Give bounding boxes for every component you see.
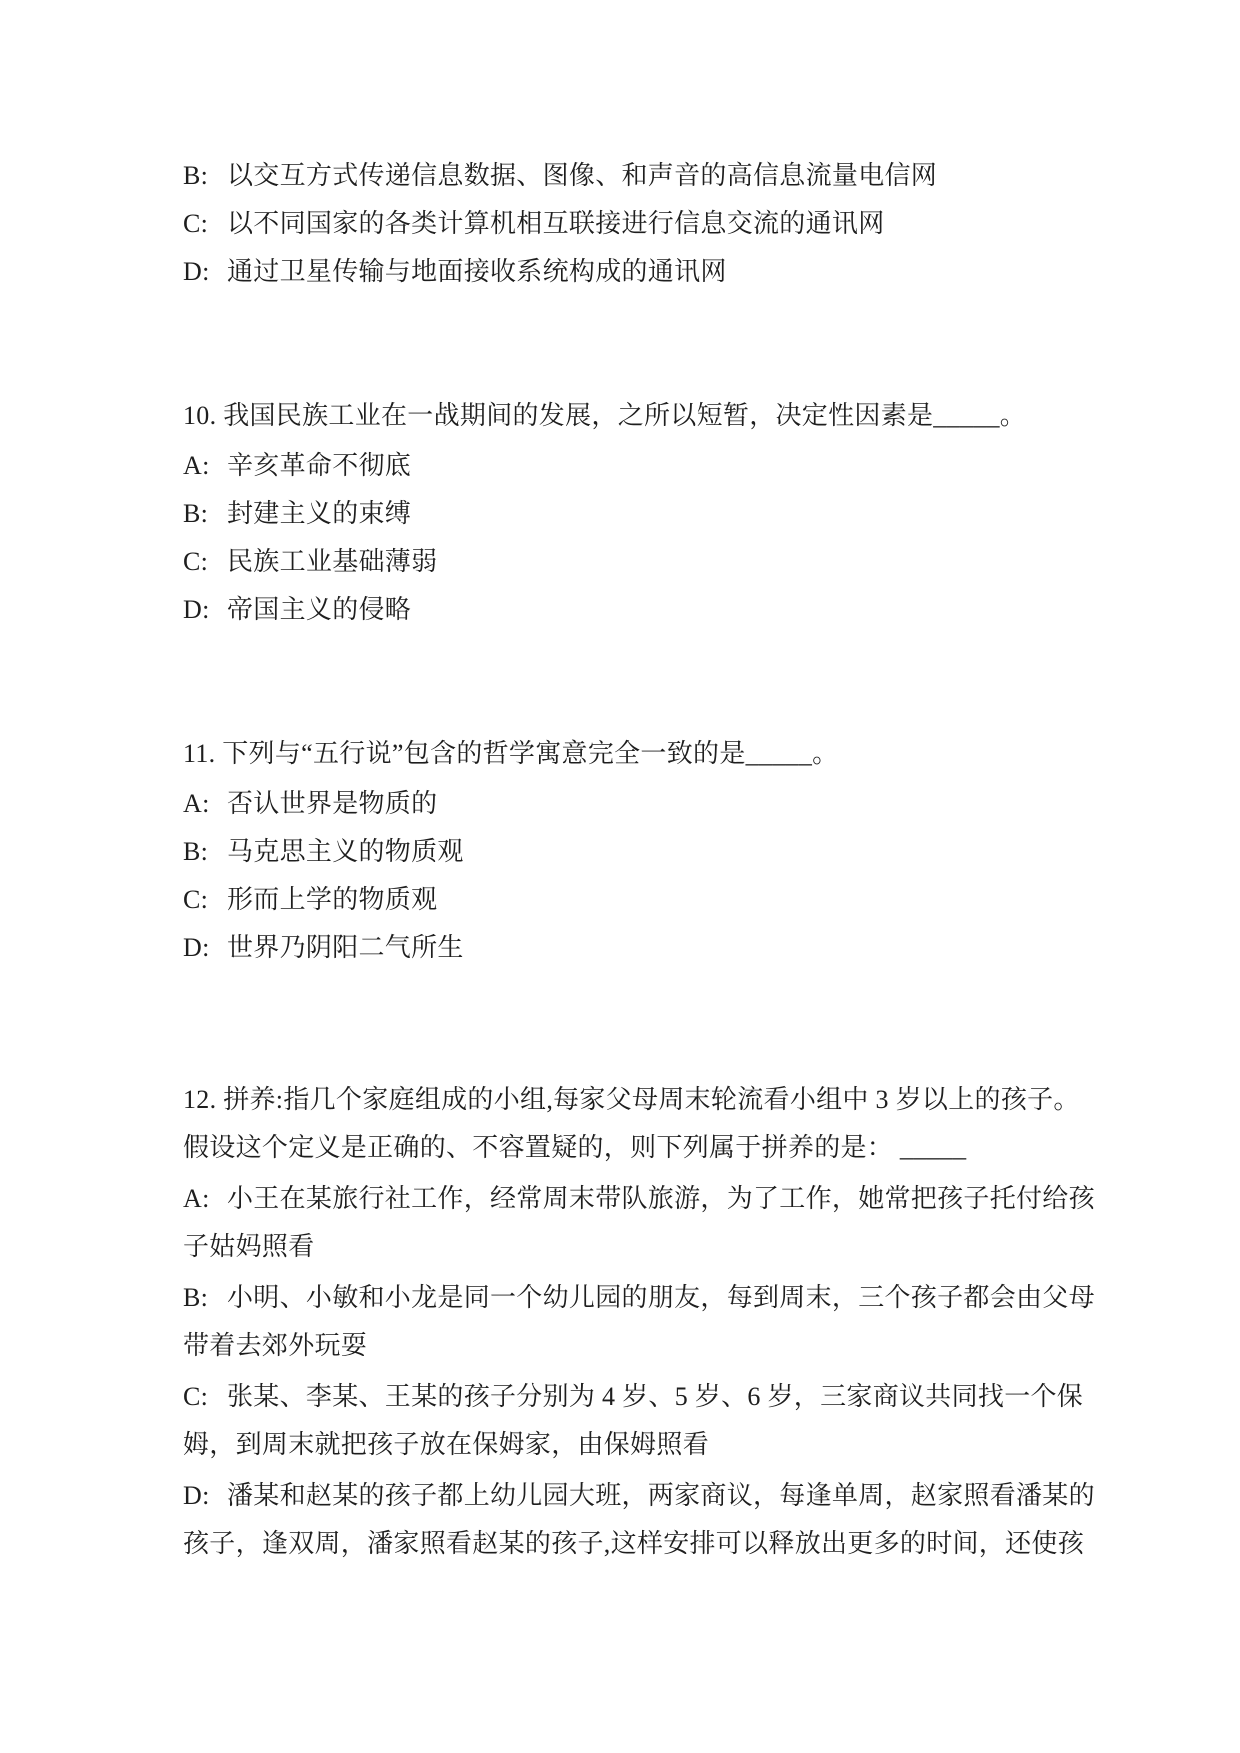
option-line: B:封建主义的束缚 <box>183 490 1053 538</box>
question-10: 10. 我国民族工业在一战期间的发展，之所以短暂，决定性因素是_____。 A:… <box>183 392 1053 634</box>
option-continuation-line: 带着去郊外玩耍 <box>183 1322 1053 1370</box>
option-label: C: <box>183 876 227 924</box>
option-continuation-line: 孩子，逢双周，潘家照看赵某的孩子,这样安排可以释放出更多的时间，还使孩 <box>183 1520 1053 1568</box>
option-text: 马克思主义的物质观 <box>227 837 464 866</box>
option-text: 以交互方式传递信息数据、图像、和声音的高信息流量电信网 <box>227 161 937 190</box>
question-stem-line: 假设这个定义是正确的、不容置疑的，则下列属于拼养的是： _____ <box>183 1124 1053 1172</box>
option-continuation-line: 子姑妈照看 <box>183 1223 1053 1271</box>
option-text: 张某、李某、王某的孩子分别为 4 岁、5 岁、6 岁，三家商议共同找一个保 <box>227 1382 1083 1411</box>
option-line: D:通过卫星传输与地面接收系统构成的通讯网 <box>183 248 1053 296</box>
option-line: D:潘某和赵某的孩子都上幼儿园大班，两家商议，每逢单周，赵家照看潘某的 <box>183 1472 1053 1520</box>
option-text: 潘某和赵某的孩子都上幼儿园大班，两家商议，每逢单周，赵家照看潘某的 <box>227 1481 1095 1510</box>
option-line: D:世界乃阴阳二气所生 <box>183 924 1053 972</box>
option-label: C: <box>183 200 227 248</box>
option-line: A:否认世界是物质的 <box>183 780 1053 828</box>
option-label: B: <box>183 152 227 200</box>
option-text: 子姑妈照看 <box>183 1232 315 1261</box>
question-9-options: B:以交互方式传递信息数据、图像、和声音的高信息流量电信网 C:以不同国家的各类… <box>183 152 1053 296</box>
option-text: 形而上学的物质观 <box>227 885 437 914</box>
option-label: B: <box>183 1274 227 1322</box>
option-continuation-line: 姆，到周末就把孩子放在保姆家，由保姆照看 <box>183 1421 1053 1469</box>
option-label: C: <box>183 1373 227 1421</box>
option-text: 世界乃阴阳二气所生 <box>227 933 464 962</box>
option-label: C: <box>183 538 227 586</box>
question-11: 11. 下列与“五行说”包含的哲学寓意完全一致的是_____。 A:否认世界是物… <box>183 730 1053 972</box>
option-line: A:辛亥革命不彻底 <box>183 442 1053 490</box>
option-line: B:小明、小敏和小龙是同一个幼儿园的朋友，每到周末，三个孩子都会由父母 <box>183 1274 1053 1322</box>
option-line: B:马克思主义的物质观 <box>183 828 1053 876</box>
option-text: 通过卫星传输与地面接收系统构成的通讯网 <box>227 257 727 286</box>
option-label: D: <box>183 924 227 972</box>
option-line: C:张某、李某、王某的孩子分别为 4 岁、5 岁、6 岁，三家商议共同找一个保 <box>183 1373 1053 1421</box>
option-line: C:民族工业基础薄弱 <box>183 538 1053 586</box>
option-label: D: <box>183 1472 227 1520</box>
option-text: 小王在某旅行社工作，经常周末带队旅游，为了工作，她常把孩子托付给孩 <box>227 1184 1095 1213</box>
option-line: A:小王在某旅行社工作，经常周末带队旅游，为了工作，她常把孩子托付给孩 <box>183 1175 1053 1223</box>
option-text: 姆，到周末就把孩子放在保姆家，由保姆照看 <box>183 1430 709 1459</box>
document-content: B:以交互方式传递信息数据、图像、和声音的高信息流量电信网 C:以不同国家的各类… <box>0 0 1133 1568</box>
option-line: B:以交互方式传递信息数据、图像、和声音的高信息流量电信网 <box>183 152 1053 200</box>
option-text: 带着去郊外玩耍 <box>183 1331 367 1360</box>
option-label: D: <box>183 586 227 634</box>
stem-text: 10. 我国民族工业在一战期间的发展，之所以短暂，决定性因素是_____。 <box>183 401 1026 430</box>
stem-text: 11. 下列与“五行说”包含的哲学寓意完全一致的是_____。 <box>183 739 838 768</box>
option-text: 辛亥革命不彻底 <box>227 451 411 480</box>
option-line: C:以不同国家的各类计算机相互联接进行信息交流的通讯网 <box>183 200 1053 248</box>
option-label: D: <box>183 248 227 296</box>
option-label: A: <box>183 442 227 490</box>
stem-text: 假设这个定义是正确的、不容置疑的，则下列属于拼养的是： _____ <box>183 1133 966 1162</box>
option-text: 小明、小敏和小龙是同一个幼儿园的朋友，每到周末，三个孩子都会由父母 <box>227 1283 1095 1312</box>
option-line: C:形而上学的物质观 <box>183 876 1053 924</box>
option-text: 帝国主义的侵略 <box>227 595 411 624</box>
option-text: 民族工业基础薄弱 <box>227 547 437 576</box>
question-stem-line: 12. 拼养:指几个家庭组成的小组,每家父母周末轮流看小组中 3 岁以上的孩子。 <box>183 1076 1053 1124</box>
option-label: B: <box>183 828 227 876</box>
option-text: 以不同国家的各类计算机相互联接进行信息交流的通讯网 <box>227 209 885 238</box>
question-stem-line: 11. 下列与“五行说”包含的哲学寓意完全一致的是_____。 <box>183 730 1053 778</box>
option-text: 封建主义的束缚 <box>227 499 411 528</box>
option-label: A: <box>183 1175 227 1223</box>
option-label: A: <box>183 780 227 828</box>
document-page: B:以交互方式传递信息数据、图像、和声音的高信息流量电信网 C:以不同国家的各类… <box>0 0 1240 1753</box>
option-label: B: <box>183 490 227 538</box>
stem-text: 12. 拼养:指几个家庭组成的小组,每家父母周末轮流看小组中 3 岁以上的孩子。 <box>183 1085 1080 1114</box>
question-12: 12. 拼养:指几个家庭组成的小组,每家父母周末轮流看小组中 3 岁以上的孩子。… <box>183 1076 1053 1568</box>
option-text: 否认世界是物质的 <box>227 789 437 818</box>
option-text: 孩子，逢双周，潘家照看赵某的孩子,这样安排可以释放出更多的时间，还使孩 <box>183 1529 1084 1558</box>
option-line: D:帝国主义的侵略 <box>183 586 1053 634</box>
question-stem-line: 10. 我国民族工业在一战期间的发展，之所以短暂，决定性因素是_____。 <box>183 392 1053 440</box>
